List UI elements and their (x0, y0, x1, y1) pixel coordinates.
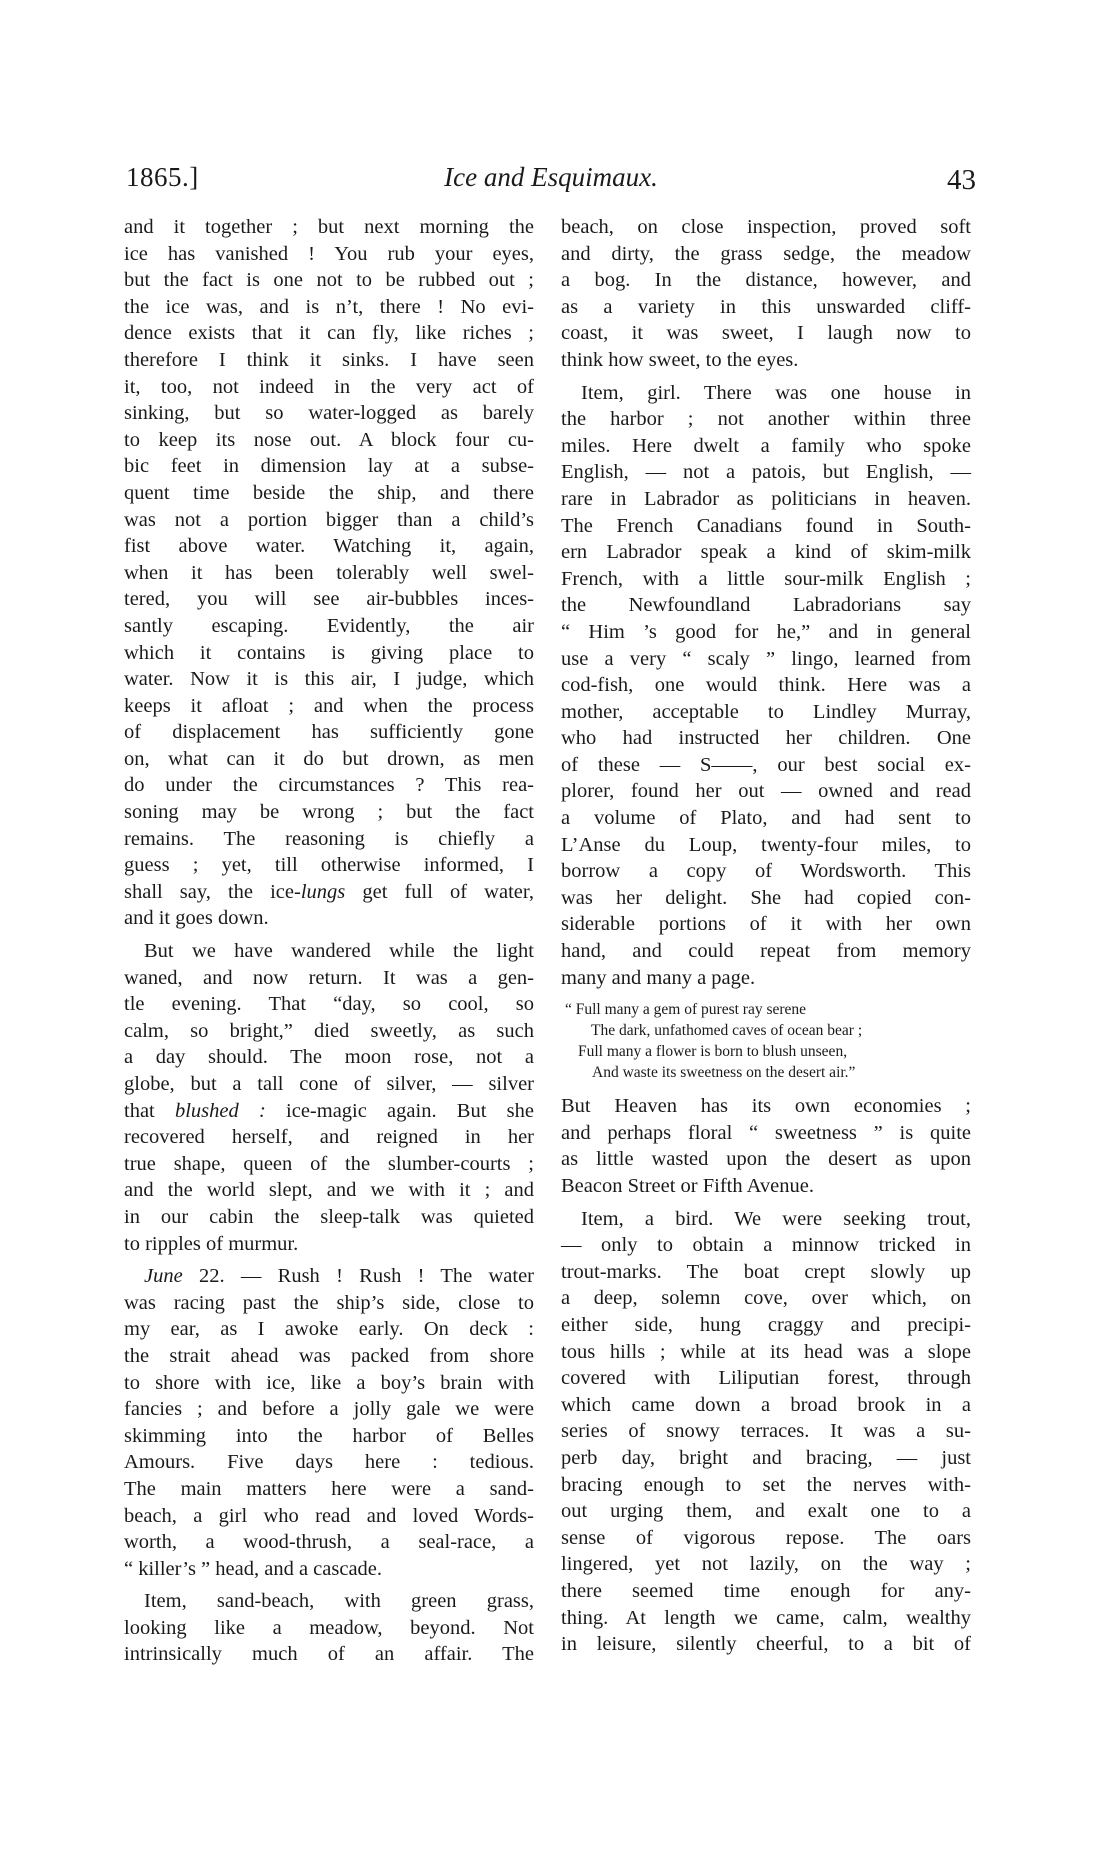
text-line: which came down a broad brook in a (561, 1392, 971, 1419)
poem-line: The dark, unfathomed caves of ocean bear… (561, 1020, 971, 1041)
text-line: sinking, but so water-logged as barely (124, 400, 534, 427)
text-line: but the fact is one not to be rubbed out… (124, 267, 534, 294)
text-line: on, what can it do but drown, as men (124, 746, 534, 773)
paragraph-bird: Item, a bird. We were seeking trout, — o… (561, 1206, 971, 1658)
text-line: dence exists that it can fly, like riche… (124, 320, 534, 347)
italic-emphasis: blushed : (175, 1100, 266, 1122)
text-line: globe, but a tall cone of silver, — silv… (124, 1071, 534, 1098)
text-line: to ripples of murmur. (124, 1231, 534, 1258)
text-line: The French Canadians found in South- (561, 513, 971, 540)
text-line: think how sweet, to the eyes. (561, 347, 971, 374)
text-line: coast, it was sweet, I laugh now to (561, 320, 971, 347)
text-line: But we have wandered while the light (124, 938, 534, 965)
text-line: a volume of Plato, and had sent to (561, 805, 971, 832)
text-line: use a very “ scaly ” lingo, learned from (561, 646, 971, 673)
running-head-title: Ice and Esquimaux. (126, 162, 976, 193)
text-line: mother, acceptable to Lindley Murray, (561, 699, 971, 726)
right-column: beach, on close inspection, proved soft … (561, 214, 971, 1658)
left-column: and it together ; but next morning the i… (124, 214, 534, 1668)
paragraph-beach-continued: beach, on close inspection, proved soft … (561, 214, 971, 374)
page-number: 43 (947, 164, 976, 197)
text-line: soning may be wrong ; but the fact (124, 799, 534, 826)
text-line: calm, so bright,” died sweetly, as such (124, 1018, 534, 1045)
text-line: remains. The reasoning is chiefly a (124, 826, 534, 853)
text-line: it, too, not indeed in the very act of (124, 374, 534, 401)
text-line: in our cabin the sleep-talk was quieted (124, 1204, 534, 1231)
text-line: the harbor ; not another within three (561, 406, 971, 433)
text-line: water. Now it is this air, I judge, whic… (124, 666, 534, 693)
text-line: trout-marks. The boat crept slowly up (561, 1259, 971, 1286)
italic-emphasis: lungs (301, 881, 345, 903)
poem-line: “ Full many a gem of purest ray serene (561, 999, 971, 1020)
text-line: quent time beside the ship, and there (124, 480, 534, 507)
text-line: tous hills ; while at its head was a slo… (561, 1339, 971, 1366)
text-line: many and many a page. (561, 965, 971, 992)
text-line: that blushed : ice-magic again. But she (124, 1098, 534, 1125)
text-line: ice has vanished ! You rub your eyes, (124, 241, 534, 268)
text-line: “ killer’s ” head, and a cascade. (124, 1556, 534, 1583)
text-line: recovered herself, and reigned in her (124, 1124, 534, 1151)
book-page: 1865.] Ice and Esquimaux. 43 and it toge… (0, 0, 1096, 1850)
text-line: a day should. The moon rose, not a (124, 1044, 534, 1071)
text-line: and it together ; but next morning the (124, 214, 534, 241)
text-line: as a variety in this unswarded cliff- (561, 294, 971, 321)
text-line: covered with Liliputian forest, through (561, 1365, 971, 1392)
text-line: of displacement has sufficiently gone (124, 719, 534, 746)
text-line: lingered, yet not lazily, on the way ; (561, 1551, 971, 1578)
running-head: 1865.] Ice and Esquimaux. 43 (126, 160, 976, 196)
paragraph-evening: But we have wandered while the light wan… (124, 938, 534, 1257)
text-line: thing. At length we came, calm, wealthy (561, 1605, 971, 1632)
text-line: rare in Labrador as politicians in heave… (561, 486, 971, 513)
text-line: to shore with ice, like a boy’s brain wi… (124, 1370, 534, 1397)
text-line: beach, a girl who read and loved Words- (124, 1503, 534, 1530)
text-run: ice-magic again. But she (266, 1100, 534, 1122)
poem-line: Full many a flower is born to blush unse… (561, 1041, 971, 1062)
text-line: tle evening. That “day, so cool, so (124, 991, 534, 1018)
text-line: Item, girl. There was one house in (561, 380, 971, 407)
text-line: siderable portions of it with her own (561, 911, 971, 938)
text-line: But Heaven has its own economies ; (561, 1093, 971, 1120)
text-line: Beacon Street or Fifth Avenue. (561, 1173, 971, 1200)
text-line: santly escaping. Evidently, the air (124, 613, 534, 640)
text-line: fancies ; and before a jolly gale we wer… (124, 1396, 534, 1423)
text-line: of these — S——, our best social ex- (561, 752, 971, 779)
text-line: a deep, solemn cove, over which, on (561, 1285, 971, 1312)
text-line: June 22. — Rush ! Rush ! The water (124, 1263, 534, 1290)
paragraph-ice-sinks: and it together ; but next morning the i… (124, 214, 534, 932)
text-line: tered, you will see air-bubbles inces- (124, 586, 534, 613)
text-run: get full of water, (345, 881, 534, 903)
text-line: waned, and now return. It was a gen- (124, 965, 534, 992)
text-line: intrinsically much of an affair. The (124, 1641, 534, 1668)
paragraph-sand-beach: Item, sand-beach, with green grass, look… (124, 1588, 534, 1668)
poem-line: And waste its sweetness on the desert ai… (561, 1062, 971, 1083)
text-line: shall say, the ice-lungs get full of wat… (124, 879, 534, 906)
text-line: the strait ahead was packed from shore (124, 1343, 534, 1370)
text-line: who had instructed her children. One (561, 725, 971, 752)
text-line: and the world slept, and we with it ; an… (124, 1177, 534, 1204)
text-line: looking like a meadow, beyond. Not (124, 1615, 534, 1642)
text-line: and it goes down. (124, 905, 534, 932)
text-line: keeps it afloat ; and when the process (124, 693, 534, 720)
text-run: 22. — Rush ! Rush ! The water (183, 1265, 534, 1287)
text-line: bic feet in dimension lay at a subse- (124, 453, 534, 480)
text-line: there seemed time enough for any- (561, 1578, 971, 1605)
text-line: The main matters here were a sand- (124, 1476, 534, 1503)
text-line: ern Labrador speak a kind of skim-milk (561, 539, 971, 566)
text-line: to keep its nose out. A block four cu- (124, 427, 534, 454)
text-line: hand, and could repeat from memory (561, 938, 971, 965)
text-line: worth, a wood-thrush, a seal-race, a (124, 1529, 534, 1556)
text-line: either side, hung craggy and precipi- (561, 1312, 971, 1339)
text-line: when it has been tolerably well swel- (124, 560, 534, 587)
text-line: as little wasted upon the desert as upon (561, 1146, 971, 1173)
text-line: Item, a bird. We were seeking trout, (561, 1206, 971, 1233)
text-line: beach, on close inspection, proved soft (561, 214, 971, 241)
paragraph-heaven: But Heaven has its own economies ; and p… (561, 1093, 971, 1199)
text-line: Item, sand-beach, with green grass, (124, 1588, 534, 1615)
text-line: in leisure, silently cheerful, to a bit … (561, 1631, 971, 1658)
text-line: perb day, bright and bracing, — just (561, 1445, 971, 1472)
poem-quotation: “ Full many a gem of purest ray serene T… (561, 999, 971, 1083)
text-line: and dirty, the grass sedge, the meadow (561, 241, 971, 268)
text-line: do under the circumstances ? This rea- (124, 772, 534, 799)
text-line: bracing enough to set the nerves with- (561, 1472, 971, 1499)
text-line: my ear, as I awoke early. On deck : (124, 1316, 534, 1343)
text-line: fist above water. Watching it, again, (124, 533, 534, 560)
text-line: was racing past the ship’s side, close t… (124, 1290, 534, 1317)
paragraph-june-22: June 22. — Rush ! Rush ! The water was r… (124, 1263, 534, 1582)
text-line: borrow a copy of Wordsworth. This (561, 858, 971, 885)
date-italic: June (144, 1265, 183, 1287)
paragraph-girl: Item, girl. There was one house in the h… (561, 380, 971, 992)
text-line: skimming into the harbor of Belles (124, 1423, 534, 1450)
text-line: a bog. In the distance, however, and (561, 267, 971, 294)
text-line: French, with a little sour-milk English … (561, 566, 971, 593)
text-line: miles. Here dwelt a family who spoke (561, 433, 971, 460)
text-line: “ Him ’s good for he,” and in general (561, 619, 971, 646)
text-line: series of snowy terraces. It was a su- (561, 1418, 971, 1445)
text-run: that (124, 1100, 175, 1122)
text-line: plorer, found her out — owned and read (561, 778, 971, 805)
text-line: was not a portion bigger than a child’s (124, 507, 534, 534)
text-line: — only to obtain a minnow tricked in (561, 1232, 971, 1259)
text-line: out urging them, and exalt one to a (561, 1498, 971, 1525)
text-line: the Newfoundland Labradorians say (561, 592, 971, 619)
text-line: sense of vigorous repose. The oars (561, 1525, 971, 1552)
text-line: and perhaps floral “ sweetness ” is quit… (561, 1120, 971, 1147)
text-line: cod-fish, one would think. Here was a (561, 672, 971, 699)
text-line: true shape, queen of the slumber-courts … (124, 1151, 534, 1178)
text-line: English, — not a patois, but English, — (561, 459, 971, 486)
text-line: which it contains is giving place to (124, 640, 534, 667)
text-line: was her delight. She had copied con- (561, 885, 971, 912)
text-line: the ice was, and is n’t, there ! No evi- (124, 294, 534, 321)
text-run: shall say, the ice- (124, 881, 301, 903)
text-line: therefore I think it sinks. I have seen (124, 347, 534, 374)
text-line: Amours. Five days here : tedious. (124, 1449, 534, 1476)
text-line: guess ; yet, till otherwise informed, I (124, 852, 534, 879)
text-line: L’Anse du Loup, twenty-four miles, to (561, 832, 971, 859)
